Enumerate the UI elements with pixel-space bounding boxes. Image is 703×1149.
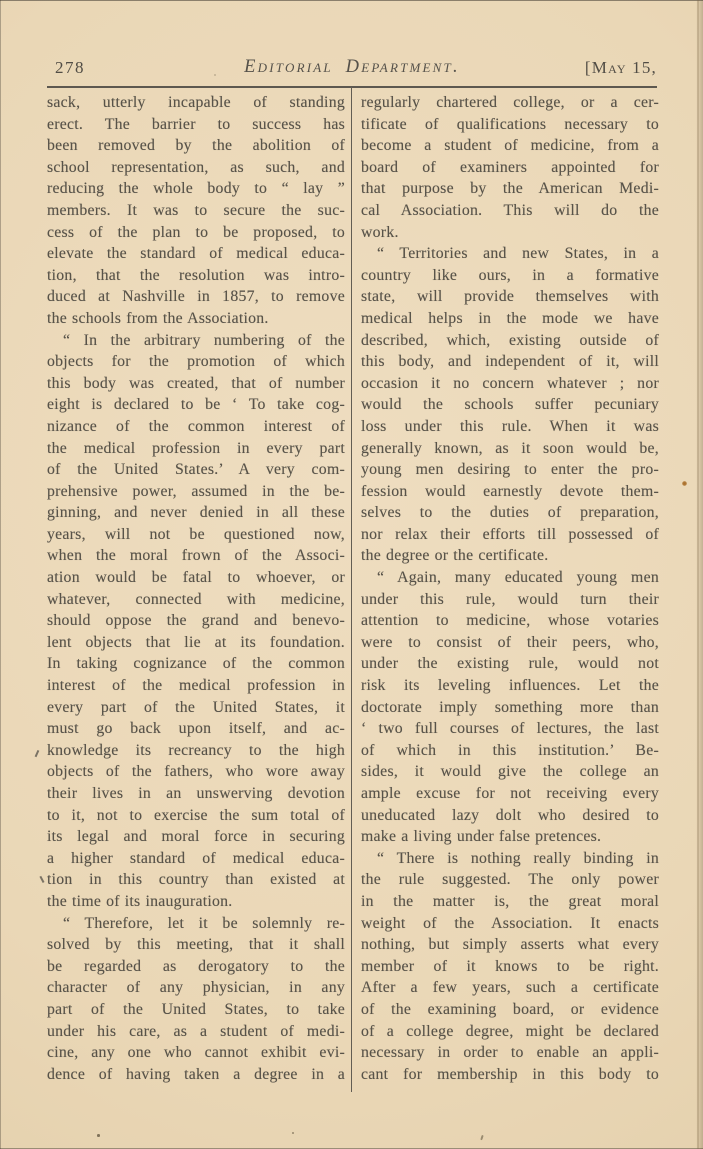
text-line: dence of having taken a degree in a: [47, 1064, 345, 1086]
text-line: uneducated lazy dolt who desired to: [361, 805, 659, 827]
running-header: 278 Editorial Department. [May 15,: [47, 52, 657, 80]
text-line: cine, any one who cannot exhibit evi-: [47, 1042, 345, 1064]
text-line: that purpose by the American Medi-: [361, 178, 659, 200]
text-line: interest of the medical profession in: [47, 675, 345, 697]
text-line: work.: [361, 222, 659, 244]
text-line: this body, and independent of it, will: [361, 351, 659, 373]
text-line: tificate of qualifications necessary to: [361, 114, 659, 136]
foxing-spot: [682, 481, 687, 486]
text-line: been removed by the abolition of: [47, 135, 345, 157]
text-line: the medical profession in every part: [47, 438, 345, 460]
text-line: must go back upon itself, and ac-: [47, 718, 345, 740]
text-line: After a few years, such a certificate: [361, 977, 659, 999]
text-line: their lives in an unswerving devotion: [47, 783, 345, 805]
text-line: risk its leveling influences. Let the: [361, 675, 659, 697]
text-line: ‘ two full courses of lectures, the last: [361, 718, 659, 740]
text-line: erect. The barrier to success has: [47, 114, 345, 136]
text-line: lent objects that lie at its foundation.: [47, 632, 345, 654]
text-line: weight of the Association. It enacts: [361, 913, 659, 935]
paper-speck: [214, 74, 216, 76]
text-line: occasion it no concern whatever ; nor: [361, 373, 659, 395]
text-line: duced at Nashville in 1857, to remove: [47, 286, 345, 308]
text-line: this body was created, that of number: [47, 373, 345, 395]
text-line: were to consist of their peers, who,: [361, 632, 659, 654]
text-line: loss under this rule. When it was: [361, 416, 659, 438]
text-line: reducing the whole body to “ lay ”: [47, 178, 345, 200]
text-line: nor relax their efforts till possessed o…: [361, 524, 659, 546]
text-line: sides, it would give the college an: [361, 761, 659, 783]
text-line: ample excuse for not receiving every: [361, 783, 659, 805]
text-line: In taking cognizance of the common: [47, 653, 345, 675]
text-line: to it, not to exercise the sum total of: [47, 805, 345, 827]
text-line: of a college degree, might be declared: [361, 1021, 659, 1043]
text-line: be regarded as derogatory to the: [47, 956, 345, 978]
text-line: objects for the promotion of which: [47, 351, 345, 373]
text-line: elevate the standard of medical educa-: [47, 243, 345, 265]
page-title: Editorial Department.: [47, 57, 657, 78]
stray-ink-mark: [35, 750, 39, 757]
text-line: cant for membership in this body to: [361, 1064, 659, 1086]
scanned-journal-page: 278 Editorial Department. [May 15, sack,…: [0, 0, 703, 1149]
text-line: make a living under false pretences.: [361, 826, 659, 848]
text-line: whatever, connected with medicine,: [47, 589, 345, 611]
text-line: members. It was to secure the suc-: [47, 200, 345, 222]
text-line: “ Territories and new States, in a: [361, 243, 659, 265]
text-line: cal Association. This will do the: [361, 200, 659, 222]
text-line: the schools from the Association.: [47, 308, 345, 330]
text-line: attention to medicine, whose votaries: [361, 610, 659, 632]
text-line: part of the United States, to take: [47, 999, 345, 1021]
text-line: prehensive power, assumed in the be-: [47, 481, 345, 503]
text-line: under his care, as a student of medi-: [47, 1021, 345, 1043]
text-line: cess of the plan to be proposed, to: [47, 222, 345, 244]
text-line: of the examining board, or evidence: [361, 999, 659, 1021]
text-line: member of it knows to be right.: [361, 956, 659, 978]
text-line: school representation, as such, and: [47, 157, 345, 179]
scan-edge-top: [0, 0, 703, 1]
text-line: its legal and moral force in securing: [47, 826, 345, 848]
paper-speck: [480, 1135, 483, 1140]
text-line: knowledge its recreancy to the high: [47, 740, 345, 762]
paper-speck: [97, 1134, 100, 1137]
text-line: fession would earnestly devote them-: [361, 481, 659, 503]
text-line: under this rule, would turn their: [361, 589, 659, 611]
text-line: tion, that the resolution was intro-: [47, 265, 345, 287]
text-line: a higher standard of medical educa-: [47, 848, 345, 870]
text-line: the rule suggested. The only power: [361, 869, 659, 891]
text-line: “ Again, many educated young men: [361, 567, 659, 589]
page-edge-line: [697, 0, 699, 1149]
text-line: “ There is nothing really binding in: [361, 848, 659, 870]
text-line: board of examiners appointed for: [361, 157, 659, 179]
scan-edge-left: [0, 0, 1, 1149]
text-line: of the United States.’ A very com-: [47, 459, 345, 481]
stray-ink-mark: [39, 876, 44, 883]
text-line: necessary in order to enable an appli-: [361, 1042, 659, 1064]
text-line: character of any physician, in any: [47, 977, 345, 999]
text-line: solved by this meeting, that it shall: [47, 934, 345, 956]
text-line: nizance of the common interest of: [47, 416, 345, 438]
text-line: ginning, and never denied in all these: [47, 502, 345, 524]
text-line: generally known, as it soon would be,: [361, 438, 659, 460]
text-line: the time of its inauguration.: [47, 891, 345, 913]
text-line: the degree or the certificate.: [361, 545, 659, 567]
right-column: regularly chartered college, or a cer-ti…: [361, 92, 659, 1085]
text-line: sack, utterly incapable of standing: [47, 92, 345, 114]
text-line: medical helps in the mode we have: [361, 308, 659, 330]
text-line: “ Therefore, let it be solemnly re-: [47, 913, 345, 935]
text-line: “ In the arbitrary numbering of the: [47, 330, 345, 352]
text-line: objects of the fathers, who wore away: [47, 761, 345, 783]
text-line: would the schools suffer pecuniary: [361, 394, 659, 416]
text-line: selves to the duties of preparation,: [361, 502, 659, 524]
text-line: young men desiring to enter the pro-: [361, 459, 659, 481]
text-line: ation would be fatal to whoever, or: [47, 567, 345, 589]
text-line: every part of the United States, it: [47, 697, 345, 719]
text-line: country like ours, in a formative: [361, 265, 659, 287]
text-line: tion in this country than existed at: [47, 869, 345, 891]
text-line: years, will not be questioned now,: [47, 524, 345, 546]
paper-speck: [292, 1132, 294, 1134]
text-line: when the moral frown of the Associ-: [47, 545, 345, 567]
text-line: nothing, but simply asserts what every: [361, 934, 659, 956]
column-divider: [351, 87, 352, 1092]
header-date: [May 15,: [585, 58, 657, 78]
text-line: in the matter is, the great moral: [361, 891, 659, 913]
text-line: doctorate imply something more than: [361, 697, 659, 719]
text-line: under the existing rule, would not: [361, 653, 659, 675]
text-line: of which in this institution.’ Be-: [361, 740, 659, 762]
text-line: should oppose the grand and benevo-: [47, 610, 345, 632]
text-line: described, which, existing outside of: [361, 330, 659, 352]
text-line: regularly chartered college, or a cer-: [361, 92, 659, 114]
text-line: become a student of medicine, from a: [361, 135, 659, 157]
text-line: state, will provide themselves with: [361, 286, 659, 308]
left-column: sack, utterly incapable of standingerect…: [47, 92, 345, 1085]
text-line: eight is declared to be ‘ To take cog-: [47, 394, 345, 416]
